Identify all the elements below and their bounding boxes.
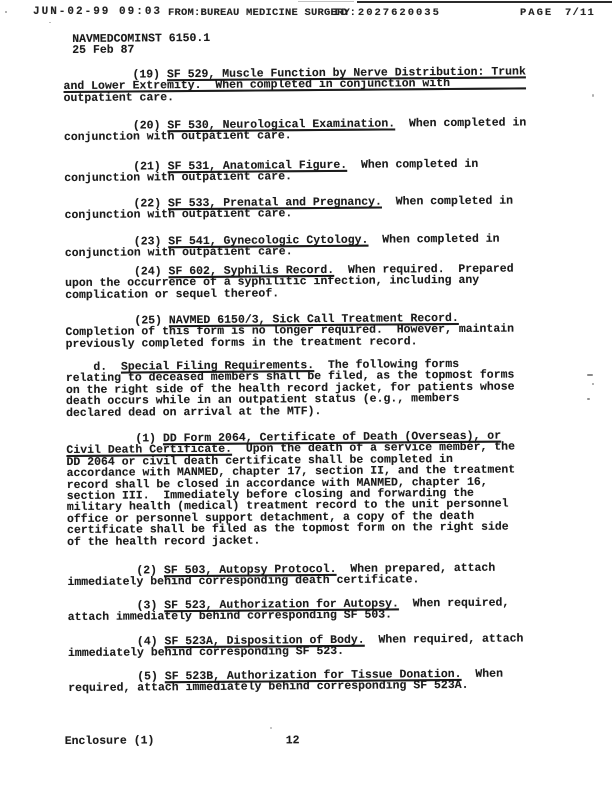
paragraph-5: (23) SF 541, Gynecologic Cytology. When … bbox=[65, 234, 500, 260]
doc-text: attach immediately behind corresponding … bbox=[68, 609, 392, 625]
doc-text: complication or sequel thereof. bbox=[65, 287, 279, 302]
doc-line: conjunction with outpatient care. bbox=[65, 245, 500, 260]
doc-text: required, attach immediately behind corr… bbox=[68, 679, 468, 695]
doc-text: outpatient care. bbox=[64, 91, 175, 105]
letterhead: NAVMEDCOMINST 6150.1 25 Feb 87 bbox=[72, 33, 210, 57]
doc-text: When required, attach bbox=[365, 632, 524, 646]
doc-text: When completed in bbox=[347, 158, 478, 172]
scanned-page: NAVMEDCOMINST 6150.1 25 Feb 87 (19) SF 5… bbox=[0, 0, 612, 792]
doc-text: When completed in bbox=[368, 233, 499, 247]
doc-text: conjunction with outpatient care. bbox=[65, 246, 293, 261]
scan-noise-speck bbox=[5, 11, 7, 13]
doc-line: conjunction with outpatient care. bbox=[64, 170, 478, 185]
paragraph-8: d. Special Filing Requirements. The foll… bbox=[66, 359, 515, 419]
scan-noise-speck bbox=[592, 94, 594, 97]
paragraph-11: (3) SF 523, Authorization for Autopsy. W… bbox=[68, 598, 510, 624]
instruction-date: 25 Feb 87 bbox=[72, 44, 210, 56]
doc-line: declared dead on arrival at the MTF). bbox=[66, 404, 515, 419]
paragraph-2: (20) SF 530, Neurological Examination. W… bbox=[64, 117, 527, 143]
paragraph-1: (19) SF 529, Muscle Function by Nerve Di… bbox=[63, 66, 526, 104]
doc-line: conjunction with outpatient care. bbox=[65, 207, 514, 222]
scan-noise-speck bbox=[592, 383, 594, 385]
paragraph-9: (1) DD Form 2064, Certificate of Death (… bbox=[66, 431, 515, 548]
scan-noise-speck bbox=[587, 374, 593, 376]
doc-text: conjunction with outpatient care. bbox=[64, 130, 292, 145]
scan-noise-speck bbox=[270, 727, 272, 729]
paragraph-6: (24) SF 602, Syphilis Record. When requi… bbox=[65, 264, 514, 302]
paragraph-7: (25) NAVMED 6150/3, Sick Call Treatment … bbox=[65, 313, 514, 351]
doc-line: required, attach immediately behind corr… bbox=[68, 680, 503, 695]
paragraph-3: (21) SF 531, Anatomical Figure. When com… bbox=[64, 159, 478, 185]
doc-text: When required, bbox=[399, 597, 510, 611]
paragraph-10: (2) SF 503, Autopsy Protocol. When prepa… bbox=[67, 563, 495, 589]
doc-text: immediately behind corresponding death c… bbox=[67, 574, 419, 590]
doc-line: previously completed forms in the treatm… bbox=[66, 335, 515, 350]
footer-page-number: 12 bbox=[286, 735, 300, 746]
footer-enclosure: Enclosure (1) bbox=[65, 735, 155, 747]
paragraph-13: (5) SF 523B, Authorization for Tissue Do… bbox=[68, 669, 503, 695]
doc-text: When completed in bbox=[395, 116, 526, 130]
doc-text: of the health record jacket. bbox=[67, 534, 260, 549]
doc-line: immediately behind corresponding death c… bbox=[67, 574, 495, 589]
paragraph-4: (22) SF 533, Prenatal and Pregnancy. Whe… bbox=[64, 196, 513, 222]
doc-text: previously completed forms in the treatm… bbox=[66, 335, 418, 351]
doc-text: When completed in bbox=[382, 195, 513, 209]
paragraph-12: (4) SF 523A, Disposition of Body. When r… bbox=[68, 633, 524, 659]
doc-text: conjunction with outpatient care. bbox=[64, 171, 292, 186]
scan-noise-speck bbox=[49, 22, 51, 23]
doc-text: declared dead on arrival at the MTF). bbox=[66, 405, 321, 420]
doc-text: immediately behind corresponding SF 523. bbox=[68, 645, 344, 660]
document-body: (19) SF 529, Muscle Function by Nerve Di… bbox=[0, 0, 609, 1]
doc-line: attach immediately behind corresponding … bbox=[68, 609, 510, 624]
doc-line: immediately behind corresponding SF 523. bbox=[68, 645, 524, 660]
scan-noise-speck bbox=[587, 398, 590, 400]
doc-text: conjunction with outpatient care. bbox=[65, 208, 293, 223]
